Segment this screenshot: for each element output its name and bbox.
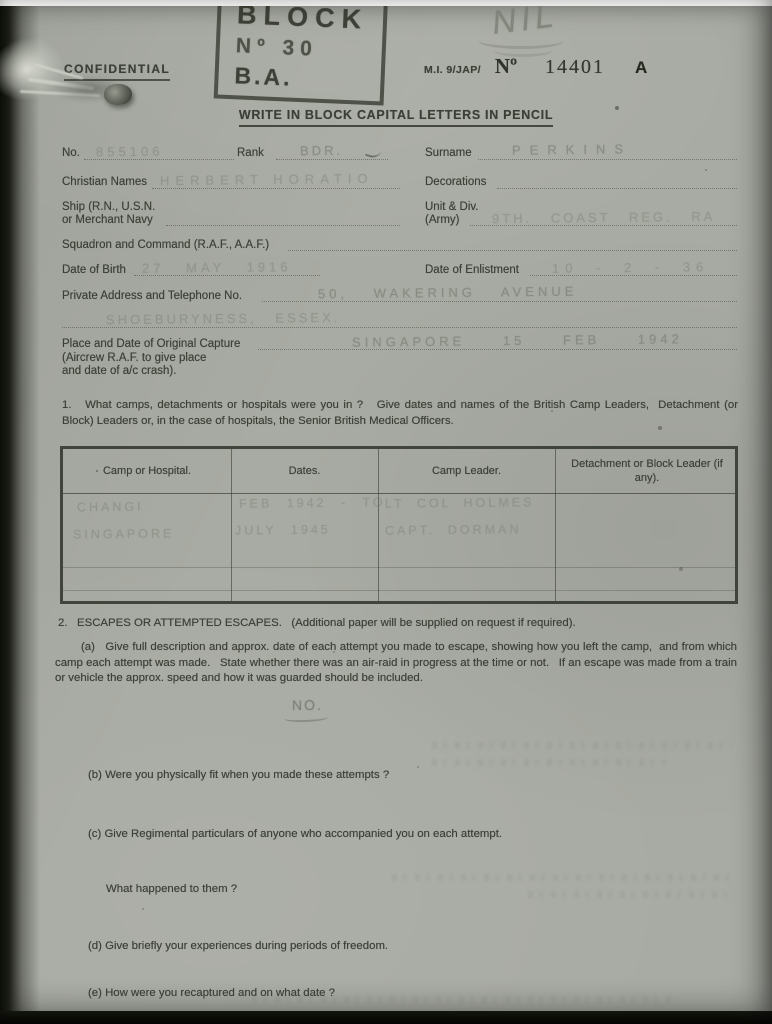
dotted-rule (166, 225, 400, 226)
surname-handwritten: PERKINS (512, 142, 632, 156)
question-2-heading: 2. ESCAPES OR ATTEMPTED ESCAPES. (Additi… (58, 616, 738, 632)
smudge-bar (432, 742, 732, 749)
field-label-christian-names: Christian Names (62, 176, 147, 189)
capture-handwritten: SINGAPORE 15 FEB 1942 (352, 332, 683, 348)
field-label-capture-line1: Place and Date of Original Capture (62, 338, 240, 351)
field-label-ship-line2: or Merchant Navy (62, 214, 153, 227)
date-of-enlistment-handwritten: 10 - 2 - 36 (552, 260, 709, 275)
table-cell-dates-line2: JULY 1945 (235, 523, 331, 537)
answer-underline-mark (284, 713, 328, 723)
ref-number: 14401 (545, 56, 605, 79)
pow-questionnaire-page: BLOCK Nº 30 B.A. NIL CONFIDENTIAL M.I. 9… (0, 6, 772, 1012)
question-2a-text: (a) Give full description and approx. da… (55, 640, 737, 687)
binding-string-knot (104, 84, 132, 105)
service-no-handwritten: 855106 (96, 145, 164, 159)
address-line1-handwritten: 50, WAKERING AVENUE (318, 285, 577, 301)
field-label-date-of-birth: Date of Birth (62, 264, 126, 277)
field-label-rank: Rank (237, 147, 264, 160)
photo-edge-top (0, 0, 772, 6)
question-2a-answer-handwritten: NO. (292, 698, 323, 712)
dotted-rule (258, 349, 737, 350)
block-number-stamp: BLOCK Nº 30 B.A. (214, 0, 389, 106)
stamp-line-number: Nº 30 (235, 35, 374, 62)
table-cell-leader-line1: LT COL HOLMES (385, 496, 535, 510)
field-label-address: Private Address and Telephone No. (62, 290, 242, 303)
christian-names-handwritten: HERBERT HORATIO (160, 172, 374, 187)
ink-bleedthrough-smudge (392, 874, 732, 908)
pencil-tick-mark (365, 145, 382, 160)
photo-edge-bottom (0, 1011, 772, 1024)
camp-table: Camp or Hospital. Dates. Camp Leader. De… (60, 446, 738, 604)
dotted-rule (497, 188, 737, 189)
table-cell-dates-line1: FEB 1942 - TO (239, 496, 386, 510)
table-cell-camp-line2: SINGAPORE (73, 527, 174, 541)
table-row-divider (63, 567, 735, 568)
scanned-document-photo: BLOCK Nº 30 B.A. NIL CONFIDENTIAL M.I. 9… (0, 0, 772, 1024)
rank-handwritten: BDR. (300, 144, 343, 157)
field-label-surname: Surname (425, 147, 472, 160)
question-1-text: 1. What camps, detachments or hospitals … (62, 398, 738, 429)
ink-bleedthrough-smudge (432, 742, 732, 776)
dotted-rule (62, 327, 737, 328)
question-2c-followup-text: What happened to them ? (106, 883, 237, 896)
field-label-date-of-enlistment: Date of Enlistment (425, 264, 519, 277)
date-of-birth-handwritten: 27 MAY 1916 (142, 260, 292, 275)
unit-handwritten: 9TH. COAST REG. RA (492, 210, 716, 225)
table-header-divider (63, 493, 735, 494)
field-label-decorations: Decorations (425, 176, 486, 189)
dotted-rule (478, 159, 737, 160)
field-label-capture-line3: and date of a/c crash). (62, 365, 176, 378)
field-label-ship-line1: Ship (R.N., U.S.N. (62, 201, 155, 214)
smudge-bar (392, 874, 732, 881)
field-label-squadron: Squadron and Command (R.A.F., A.A.F.) (62, 239, 269, 252)
question-2b-text: (b) Were you physically fit when you mad… (88, 769, 389, 782)
field-label-capture-line2: (Aircrew R.A.F. to give place (62, 352, 206, 365)
question-2d-text: (d) Give briefly your experiences during… (88, 940, 388, 953)
table-cell-camp-line1: CHANGI (77, 501, 144, 514)
dotted-rule (276, 159, 388, 160)
table-column-divider (555, 449, 556, 601)
pencil-instruction-heading: WRITE IN BLOCK CAPITAL LETTERS IN PENCIL (239, 108, 553, 127)
field-label-service-no: No. (62, 147, 80, 160)
dust-specks (0, 6, 2, 8)
question-2c-text: (c) Give Regimental particulars of anyon… (88, 828, 502, 841)
table-header-dates: Dates. (231, 464, 378, 478)
smudge-bar (432, 759, 666, 766)
smudge-bar (528, 891, 732, 898)
instruction-wrap: WRITE IN BLOCK CAPITAL LETTERS IN PENCIL (20, 106, 772, 127)
reference-number-line: M.I. 9/JAP/ Nº 14401 A (424, 54, 647, 79)
address-line2-handwritten: SHOEBURYNESS, ESSEX. (106, 311, 340, 326)
dotted-rule (288, 250, 737, 251)
table-cell-leader-line2: CAPT. DORMAN (385, 523, 522, 537)
stamp-line-ba: B.A. (234, 64, 373, 93)
table-header-camp: Camp or Hospital. (63, 464, 231, 478)
smudge-bar (252, 996, 672, 1003)
field-label-unit-line1: Unit & Div. (425, 201, 478, 214)
ref-series-letter: A (635, 58, 647, 78)
ref-prefix: M.I. 9/JAP/ (424, 64, 481, 76)
stamp-line-block: BLOCK (237, 1, 376, 34)
table-row-divider (63, 590, 735, 591)
table-header-detachment: Detachment or Block Leader (if any). (563, 457, 731, 486)
table-header-leader: Camp Leader. (378, 464, 555, 478)
dotted-rule (152, 188, 400, 189)
ref-no-label: Nº (495, 54, 517, 78)
field-label-unit-line2: (Army) (425, 214, 460, 227)
